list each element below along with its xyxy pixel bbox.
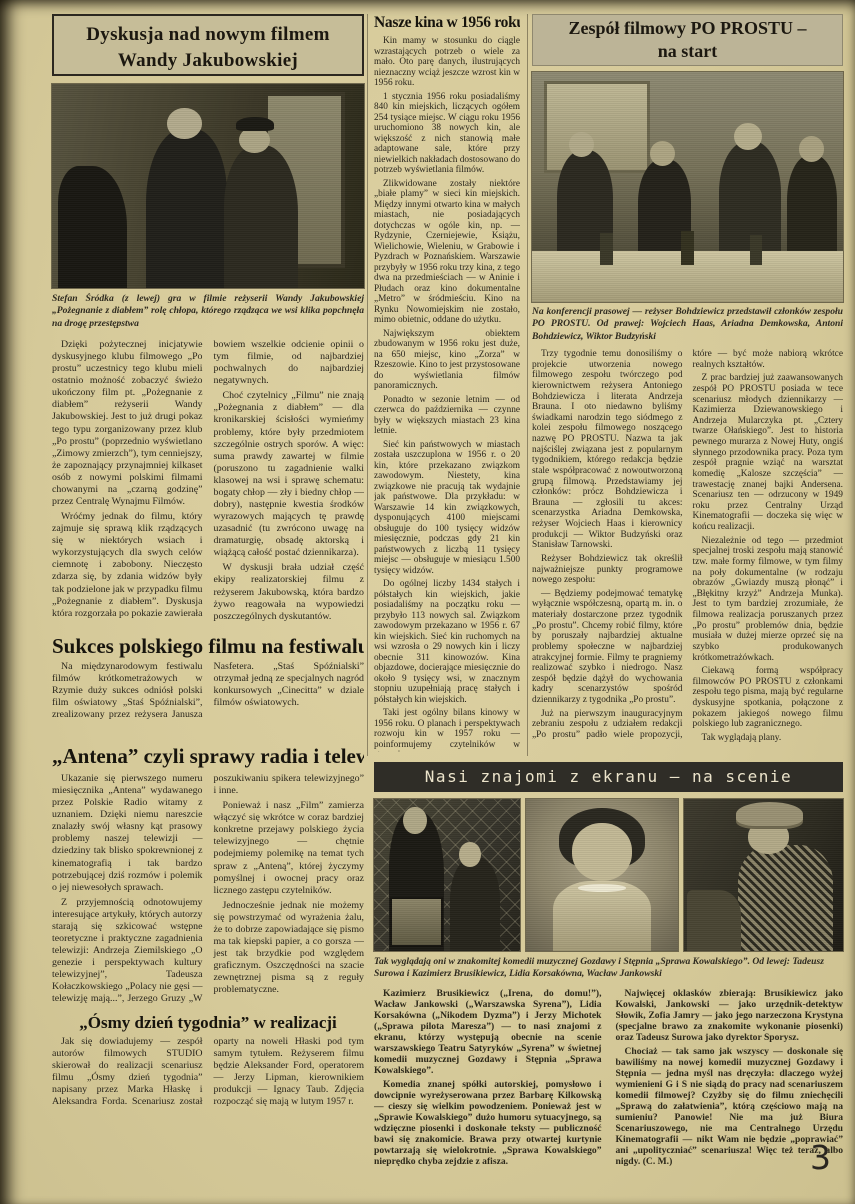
photo-cap <box>236 117 273 131</box>
page-number: 3 <box>810 1138 831 1177</box>
paragraph: Tak wyglądają plany. <box>693 733 844 744</box>
comedy-scene-photo <box>374 799 520 951</box>
article-sukces-headline: Sukces polskiego filmu na festiwalu w Rz… <box>52 634 364 661</box>
press-conference-photo <box>532 72 843 302</box>
column-rule <box>367 14 368 756</box>
photo-figure <box>58 166 127 288</box>
photo-figure-head <box>650 141 675 166</box>
article-dyskusja-headline: Dyskusja nad nowym filmem Wandy Jakubows… <box>52 14 364 76</box>
article-znajomi: Nasi znajomi z ekranu – na scenie <box>374 762 843 1186</box>
article-dyskusja: Dyskusja nad nowym filmem Wandy Jakubows… <box>52 14 364 1128</box>
photo-figure-head <box>167 108 201 139</box>
paragraph: Jednocześnie jednak nie możemy się powst… <box>214 900 365 997</box>
article-osmy-body: Jak się dowiadujemy — zespół autorów fil… <box>52 1036 364 1128</box>
paragraph: Niezależnie od tego — przedmiot specjaln… <box>693 536 844 664</box>
paragraph: Na międzynarodowym festiwalu filmów krót… <box>52 661 364 721</box>
photo-figure <box>224 145 299 288</box>
actress-portrait-photo <box>526 799 678 951</box>
paragraph: Choć czytelnicy „Filmu” nie znają „Pożeg… <box>214 390 365 559</box>
paragraph: Największym obiektem zbudowanym w 1956 r… <box>374 329 520 392</box>
paragraph: Z prac bardziej już zaawansowanych zespó… <box>693 373 844 532</box>
paragraph: Dzięki pożytecznej inicjatywie dyskusyjn… <box>52 339 203 508</box>
article-body: Kin mamy w stosunku do ciągle wzrastając… <box>374 36 520 752</box>
photo-figure <box>638 159 691 256</box>
photo-hat <box>736 802 803 826</box>
photo-bench <box>687 890 741 951</box>
paragraph: 1 stycznia 1956 roku posiadaliśmy 840 ki… <box>374 92 520 176</box>
paragraph: Ukazanie się pierwszego numeru miesięczn… <box>52 773 203 894</box>
photo-shoulders <box>553 881 650 951</box>
photo-figure <box>787 155 837 256</box>
photo-figure <box>557 150 613 256</box>
article-antena-headline: „Antena” czyli sprawy radia i telewizji <box>52 744 364 773</box>
photo-row <box>374 799 843 951</box>
photo-necklace <box>578 884 627 892</box>
column-rule <box>527 14 528 756</box>
photo-bottle <box>600 233 612 265</box>
headline-line: Zespół filmowy PO PROSTU – <box>532 17 843 40</box>
photo-detail <box>264 92 345 267</box>
photo-figure-head <box>569 132 594 157</box>
article-body: Kazimierz Brusikiewicz („Irena, do domu!… <box>374 988 843 1186</box>
photo-checked-jacket <box>738 845 833 951</box>
magazine-page: Dyskusja nad nowym filmem Wandy Jakubows… <box>0 0 855 1204</box>
photo-table <box>532 251 843 302</box>
photo-bottle <box>750 235 762 265</box>
paragraph: Komedia znanej spółki autorskiej, pomysł… <box>374 1079 602 1167</box>
photo-figure-head <box>459 842 481 868</box>
article-nasze-kina-headline: Nasze kina w 1956 roku <box>374 14 520 36</box>
photo-bottle <box>681 231 693 266</box>
photo-figure <box>719 141 781 256</box>
headline-line: Dyskusja nad nowym filmem <box>54 22 362 48</box>
article-body: Trzy tygodnie temu donosiliśmy o projekc… <box>532 349 843 747</box>
photo-figure <box>450 857 500 951</box>
article-body: Dzięki pożytecznej inicjatywie dyskusyjn… <box>52 339 364 629</box>
paragraph: Sieć kin państwowych w miastach została … <box>374 440 520 577</box>
paragraph: Kazimierz Brusikiewicz („Irena, do domu!… <box>374 988 602 1076</box>
paragraph: Trzy tygodnie temu donosiliśmy o projekc… <box>532 349 683 551</box>
photo-figure-head <box>734 123 762 151</box>
paragraph: Chociaż — tak samo jak wszyscy — doskona… <box>616 1046 844 1167</box>
paragraph: Reżyser Bohdziewicz tak określił najważn… <box>532 554 683 586</box>
paragraph: Najwięcej oklasków zbierają: Brusikiewic… <box>616 988 844 1043</box>
paragraph: Kin mamy w stosunku do ciągle wzrastając… <box>374 36 520 89</box>
paragraph: Taki jest ogólny bilans kinowy w 1956 ro… <box>374 708 520 752</box>
paragraph: Ponieważ i nasz „Film” zamierza włączyć … <box>214 800 365 897</box>
film-still-photo <box>52 84 364 288</box>
photo-books <box>392 899 442 945</box>
article-zespol: Zespół filmowy PO PROSTU – na start Na k… <box>532 14 843 747</box>
article-antena-body: Ukazanie się pierwszego numeru miesięczn… <box>52 773 364 1009</box>
photo-caption: Tak wyglądają oni w znakomitej komedii m… <box>374 956 843 984</box>
paragraph: — Będziemy podejmować tematykę wyłącznie… <box>532 589 683 706</box>
photo-figure <box>146 129 227 288</box>
article-sukces-body: Na międzynarodowym festiwalu filmów krót… <box>52 661 364 739</box>
photo-hair <box>559 808 644 869</box>
paragraph: Ponadto w sezonie letnim — od czerwca do… <box>374 395 520 437</box>
photo-caption: Stefan Śródka (z lewej) gra w filmie reż… <box>52 293 364 335</box>
article-znajomi-banner: Nasi znajomi z ekranu – na scenie <box>374 762 843 792</box>
photo-window <box>544 81 650 173</box>
paragraph: W dyskusji brała udział część ekipy real… <box>214 562 365 622</box>
photo-face <box>572 823 633 881</box>
photo-caption: Na konferencji prasowej — reżyser Bohdzi… <box>532 306 843 346</box>
actor-hat-photo <box>684 799 843 951</box>
headline-line: Wandy Jakubowskiej <box>54 48 362 74</box>
photo-figure <box>389 811 444 951</box>
photo-figure-head <box>799 136 824 161</box>
photo-figure-head <box>403 807 426 834</box>
photo-net-backdrop <box>374 799 520 951</box>
paragraph: Do ogólnej liczby 1434 stałych i półstał… <box>374 579 520 705</box>
paragraph: Ciekawą formą współpracy filmowców PO PR… <box>693 666 844 730</box>
article-zespol-headline: Zespół filmowy PO PROSTU – na start <box>532 14 843 66</box>
paragraph: Jak się dowiadujemy — zespół autorów fil… <box>52 1036 364 1110</box>
photo-figure-head <box>239 127 270 154</box>
photo-face <box>748 820 789 853</box>
paragraph: Zlikwidowane zostały niektóre „białe pla… <box>374 179 520 326</box>
article-nasze-kina: Nasze kina w 1956 roku Kin mamy w stosun… <box>374 14 520 752</box>
article-osmy-headline: „Ósmy dzień tygodnia” w realizacji <box>52 1013 364 1036</box>
headline-line: na start <box>532 40 843 63</box>
